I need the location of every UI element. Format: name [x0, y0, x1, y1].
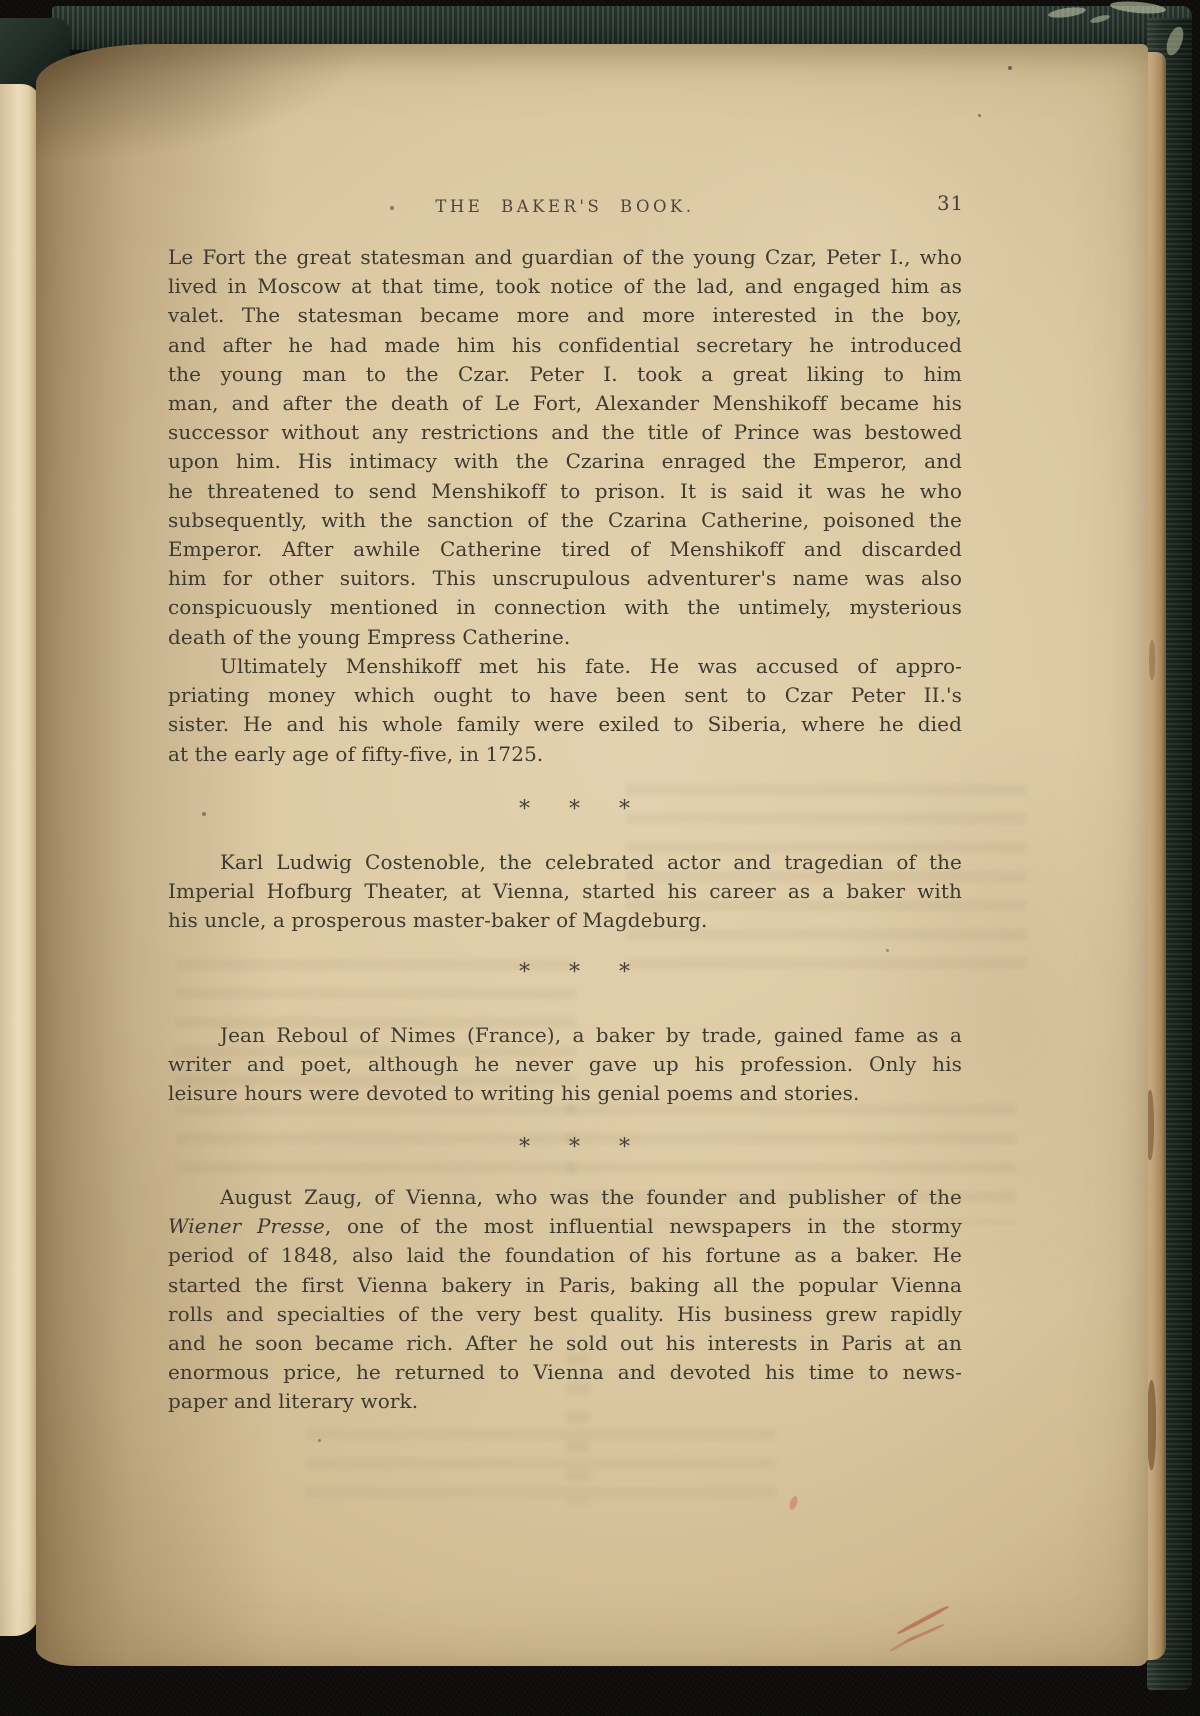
text-line: period of 1848, also laid the foundation… [168, 1241, 962, 1270]
text-line-rest: , one of the most influential newspapers… [325, 1214, 962, 1238]
page-curl-shadow [36, 44, 366, 164]
text-line: Wiener Presse, one of the most influenti… [168, 1212, 962, 1241]
text-line: and after he had made him his confidenti… [168, 331, 962, 360]
text-line: Imperial Hofburg Theater, at Vienna, sta… [168, 877, 962, 906]
text-line: man, and after the death of Le Fort, Ale… [168, 389, 962, 418]
text-line: conspicuously mentioned in connection wi… [168, 593, 962, 622]
text-line: the young man to the Czar. Peter I. took… [168, 360, 962, 389]
text-line: rolls and specialties of the very best q… [168, 1300, 962, 1329]
book-page: THE BAKER'S BOOK. 31 Le Fort the great s… [36, 44, 1148, 1666]
text-line: and he soon became rich. After he sold o… [168, 1329, 962, 1358]
page-header: THE BAKER'S BOOK. 31 [168, 197, 962, 223]
text-line: he threatened to send Menshikoff to pris… [168, 477, 962, 506]
text-line: Karl Ludwig Costenoble, the celebrated a… [168, 848, 962, 877]
section-separator: * * * [178, 1135, 972, 1160]
curled-underpage-edge [0, 84, 40, 1636]
paragraph: Karl Ludwig Costenoble, the celebrated a… [168, 848, 962, 936]
foxing-speck [390, 206, 394, 210]
italic-newspaper-name: Wiener Presse [168, 1214, 325, 1238]
foxing-speck [202, 812, 206, 816]
text-line: death of the young Empress Catherine. [168, 623, 962, 652]
text-line: subsequently, with the sanction of the C… [168, 506, 962, 535]
paragraph: Le Fort the great statesman and guardian… [168, 243, 962, 652]
section-separator: * * * [178, 797, 972, 822]
bleed-through-text [306, 1429, 776, 1509]
text-line: sister. He and his whole family were exi… [168, 710, 962, 739]
foxing-speck [886, 949, 889, 952]
text-line: August Zaug, of Vienna, who was the foun… [168, 1183, 962, 1212]
text-line: leisure hours were devoted to writing hi… [168, 1079, 962, 1108]
text-line: his uncle, a prosperous master-baker of … [168, 906, 962, 935]
text-line: him for other suitors. This unscrupulous… [168, 564, 962, 593]
foxing-speck [318, 1439, 321, 1442]
text-line: enormous price, he returned to Vienna an… [168, 1358, 962, 1387]
text-line: started the first Vienna bakery in Paris… [168, 1271, 962, 1300]
page-edge-stain [1147, 1380, 1156, 1470]
text-line: Le Fort the great statesman and guardian… [168, 243, 962, 272]
paragraph: Jean Reboul of Nimes (France), a baker b… [168, 1021, 962, 1109]
text-line: Emperor. After awhile Catherine tired of… [168, 535, 962, 564]
text-line: lived in Moscow at that time, took notic… [168, 272, 962, 301]
section-separator: * * * [178, 960, 972, 985]
text-line: upon him. His intimacy with the Czarina … [168, 447, 962, 476]
foxing-speck [978, 114, 981, 117]
text-line: Ultimately Menshikoff met his fate. He w… [168, 652, 962, 681]
paragraph: Ultimately Menshikoff met his fate. He w… [168, 652, 962, 769]
page-edge-stain [1149, 640, 1155, 680]
book-photo: THE BAKER'S BOOK. 31 Le Fort the great s… [0, 0, 1200, 1716]
red-ink-spot [788, 1495, 799, 1511]
page-number: 31 [937, 192, 964, 215]
text-line: Jean Reboul of Nimes (France), a baker b… [168, 1021, 962, 1050]
text-line: paper and literary work. [168, 1387, 962, 1416]
text-line: successor without any restrictions and t… [168, 418, 962, 447]
foxing-speck [1008, 66, 1012, 70]
text-line: at the early age of fifty-five, in 1725. [168, 740, 962, 769]
red-pencil-mark [888, 1584, 968, 1654]
running-title: THE BAKER'S BOOK. [168, 197, 962, 216]
text-line: priating money which ought to have been … [168, 681, 962, 710]
text-line: valet. The statesman became more and mor… [168, 301, 962, 330]
paragraph: August Zaug, of Vienna, who was the foun… [168, 1183, 962, 1417]
text-line: writer and poet, although he never gave … [168, 1050, 962, 1079]
